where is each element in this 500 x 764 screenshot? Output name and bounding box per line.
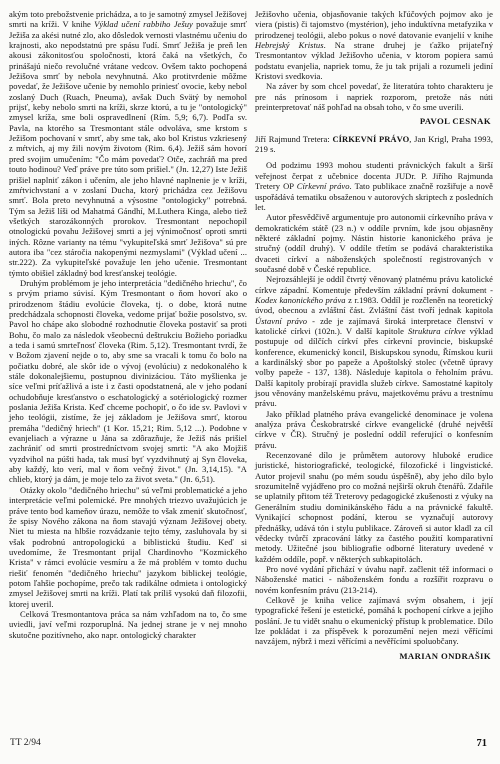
body-text: považuje smrť Ježiša za akési nutné zlo,… [9, 19, 247, 277]
paragraph: Autor přesvědčivě argumentuje pro autono… [255, 212, 493, 274]
italic-title-text: Ústavní právo [255, 316, 307, 326]
text-column-right: Ježišovho učenia, objasňovanie takých kľ… [255, 9, 493, 668]
italic-title-text: Struktura církve [408, 326, 466, 336]
paragraph: Otázky okolo "dedičného hriechu" sú veľm… [9, 485, 247, 609]
italic-title-text: Hebrejský Kristus [255, 40, 324, 50]
paragraph: Druhým problémom je jeho interpretácia "… [9, 278, 247, 485]
paragraph: Od podzimu 1993 mohou studenti právnický… [255, 160, 493, 212]
body-text: Nejrozsáhlejší je oddíl čtvrtý věnovaný … [255, 274, 493, 294]
paragraph: Nejrozsáhlejší je oddíl čtvrtý věnovaný … [255, 274, 493, 408]
journal-issue-label: TT 2/94 [10, 738, 41, 748]
italic-title-text: Církevní právo [297, 181, 350, 191]
paragraph: Jako příklad platného práva evangelické … [255, 409, 493, 450]
page-number: 71 [477, 738, 488, 749]
bold-title-text: CÍRKEVNÍ PRÁVO [332, 134, 409, 144]
paragraph: Pro nové vydání přichází v úvahu např. z… [255, 564, 493, 595]
journal-page: akým toto prebožstvenie prichádza, a to … [0, 0, 500, 764]
paragraph: Na záver by som chcel povedať, že litera… [255, 81, 493, 112]
body-text: výklad postupuje od dílčích církví přes … [255, 326, 493, 408]
paragraph: Ježišovho učenia, objasňovanie takých kľ… [255, 9, 493, 81]
book-review-heading: Jiří Rajmund Tretera: CÍRKEVNÍ PRÁVO, Ja… [255, 134, 493, 155]
paragraph: Recenzované dílo je průmětem autorovy hl… [255, 450, 493, 564]
paragraph: Celkově je kniha velice zajímavá svým ob… [255, 595, 493, 647]
paragraph: Celková Tresmontantova práca sa nám vzhľ… [9, 609, 247, 640]
paragraph: akým toto prebožstvenie prichádza, a to … [9, 9, 247, 278]
italic-title-text: Kodex kanonického práva [255, 295, 346, 305]
body-text: Jiří Rajmund Tretera: [255, 134, 332, 144]
italic-title-text: Výklad učení rabbiho Ješuy [94, 19, 193, 29]
author-signature: PAVOL CESNAK [255, 116, 491, 126]
body-text: Ježišovho učenia, objasňovanie takých kľ… [255, 9, 493, 40]
text-column-left: akým toto prebožstvenie prichádza, a to … [9, 9, 247, 640]
author-signature: MARIAN ONDRAŠIK [255, 651, 491, 661]
